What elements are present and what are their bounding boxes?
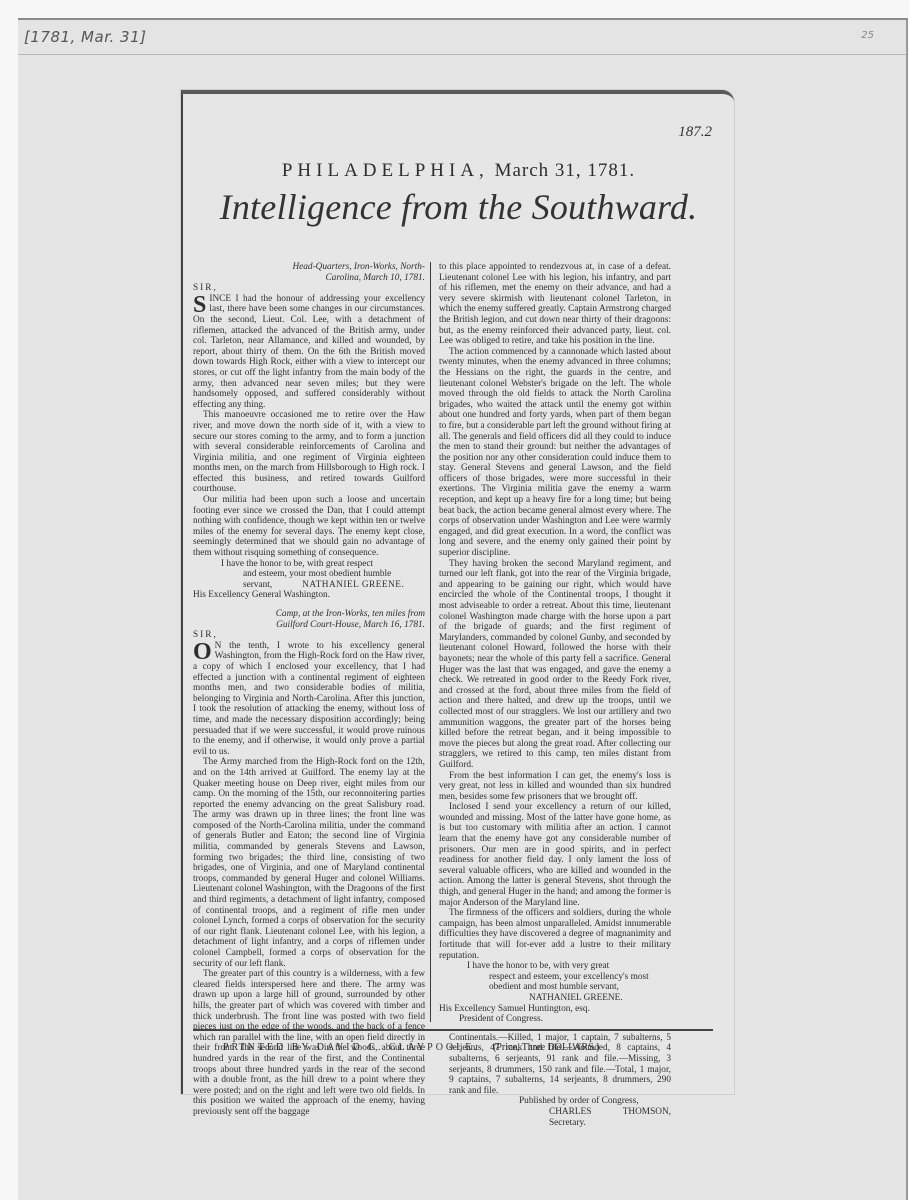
letter2-closing: I have the honor to be, with very great bbox=[439, 961, 671, 972]
footer-rule bbox=[193, 1029, 713, 1031]
published-by: Published by order of Congress, bbox=[439, 1096, 671, 1107]
letter2-paragraph: Inclosed I send your excellency a return… bbox=[439, 802, 671, 908]
column-divider bbox=[430, 262, 431, 1022]
letter2-signature: NATHANIEL GREENE. bbox=[439, 993, 671, 1004]
letter2-paragraph: From the best information I can get, the… bbox=[439, 771, 671, 803]
dropcap: S bbox=[193, 295, 206, 315]
letter1-heading: Head-Quarters, Iron-Works, North- Caroli… bbox=[193, 262, 425, 283]
letter1-closing: I have the honor to be, with great respe… bbox=[193, 559, 425, 570]
folio-number: 187.2 bbox=[678, 124, 712, 141]
letter1-salutation: SIR, bbox=[193, 283, 425, 294]
letter2-addressee: President of Congress. bbox=[439, 1014, 671, 1025]
letter1-signature: servant,NATHANIEL GREENE. bbox=[193, 580, 425, 591]
catalog-date-label: [1781, Mar. 31] bbox=[24, 28, 146, 46]
letter2-paragraph: The firmness of the officers and soldier… bbox=[439, 908, 671, 961]
letter2-closing: obedient and most humble servant, bbox=[439, 982, 671, 993]
letter1-paragraph: Our militia had been upon such a loose a… bbox=[193, 495, 425, 559]
letter2-paragraph: The Army marched from the High-Rock ford… bbox=[193, 757, 425, 969]
letter2-paragraph: ON the tenth, I wrote to his excellency … bbox=[193, 641, 425, 758]
column-right: to this place appointed to rendezvous at… bbox=[439, 262, 671, 1128]
printer-imprint: PRINTED BY DAVID C. CLAYPOOLE. bbox=[223, 1042, 480, 1053]
letter2-heading: Camp, at the Iron-Works, ten miles from … bbox=[193, 609, 425, 630]
secretary-signature: CHARLES THOMSON, Secretary. bbox=[439, 1107, 671, 1128]
letter2-paragraph: to this place appointed to rendezvous at… bbox=[439, 262, 671, 347]
letter2-addressee: His Excellency Samuel Huntington, esq. bbox=[439, 1004, 671, 1015]
price-label: (Price, Three DOLLARS.) bbox=[493, 1042, 599, 1053]
letter1-addressee: His Excellency General Washington. bbox=[193, 590, 425, 601]
letter1-closing: and esteem, your most obedient humble bbox=[193, 569, 425, 580]
broadside-sheet: 187.2 PHILADELPHIA, March 31, 1781. Inte… bbox=[181, 90, 734, 1094]
letter2-closing: respect and esteem, your excellency's mo… bbox=[439, 972, 671, 983]
letter2-paragraph: They having broken the second Maryland r… bbox=[439, 559, 671, 771]
letter1-paragraph: This manoeuvre occasioned me to retire o… bbox=[193, 410, 425, 495]
column-left: Head-Quarters, Iron-Works, North- Caroli… bbox=[193, 262, 425, 1118]
dateline: PHILADELPHIA, March 31, 1781. bbox=[183, 160, 734, 182]
headline: Intelligence from the Southward. bbox=[183, 186, 734, 228]
letter1-paragraph: SINCE I had the honour of addressing you… bbox=[193, 294, 425, 411]
dropcap: O bbox=[193, 642, 212, 662]
letter2-salutation: SIR, bbox=[193, 630, 425, 641]
catalog-strip: [1781, Mar. 31] 25 bbox=[18, 20, 906, 55]
letter2-paragraph: The action commenced by a cannonade whic… bbox=[439, 347, 671, 559]
dateline-date: March 31, 1781. bbox=[489, 160, 635, 181]
dateline-city: PHILADELPHIA, bbox=[282, 160, 489, 181]
catalog-page-number: 25 bbox=[861, 30, 874, 41]
